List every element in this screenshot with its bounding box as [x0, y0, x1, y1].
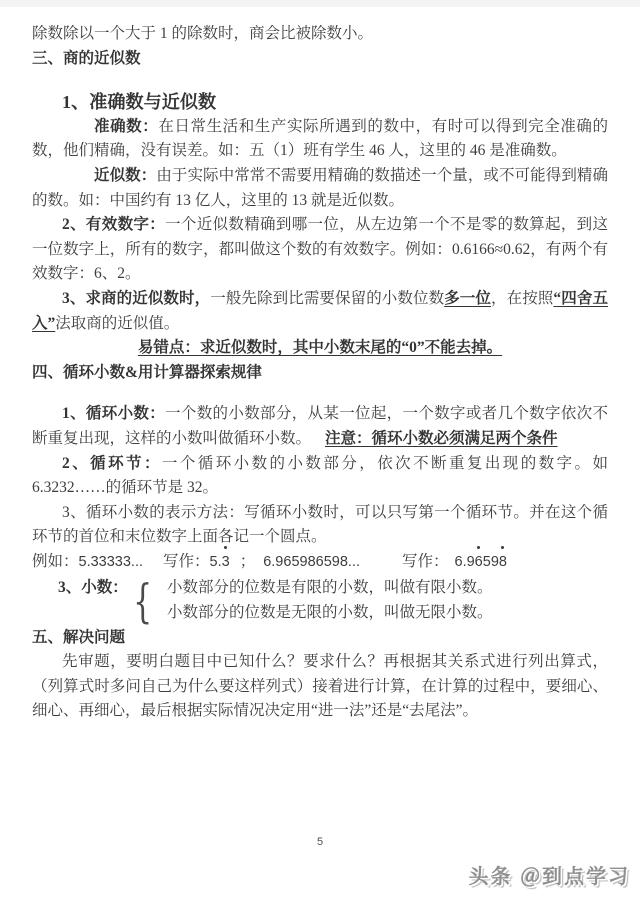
quotient-approx-item: 3、求商的近似数时，一般先除到比需要保留的小数位数多一位，在按照“四舍五入”法取…	[32, 287, 608, 336]
notation-lead: 3、循环小数的表示方法：	[62, 504, 244, 521]
document-page: 除数除以一个大于 1 的除数时，商会比被除数小。 三、商的近似数 1、准确数与近…	[0, 0, 640, 724]
decimal-classification-lead: 3、小数：	[58, 576, 128, 625]
underlined-phrase-one-more-digit: 多一位	[444, 290, 491, 307]
section3-title: 三、商的近似数	[32, 47, 608, 72]
notation-item: 3、循环小数的表示方法：写循环小数时，可以只写第一个循环节。并在这个循环节的首位…	[32, 501, 608, 550]
significant-digits-item: 2、有效数字：一个近似数精确到哪一位，从左边第一个不是零的数算起，到这一位数字上…	[32, 213, 608, 287]
problem-solving-text: 先审题，要明白题目中已知什么？要求什么？再根据其关系式进行列出算式，（列算式时多…	[32, 653, 608, 719]
infinite-decimal-case: 小数部分的位数是无限的小数，叫做无限小数。	[167, 601, 493, 626]
approx-number-lead: 近似数：	[94, 167, 156, 184]
example-separator: ；	[240, 553, 256, 570]
written1-prefix: 5.	[210, 554, 222, 570]
exact-number-definition: 准确数：在日常生活和生产实际所遇到的数中，有时可以得到完全准确的数，他们精确，没…	[32, 115, 608, 164]
repetend-lead: 2、循环节：	[62, 455, 162, 472]
toutiao-watermark: 头条 ＠到点学习	[468, 860, 630, 889]
brace-glyph: {	[133, 578, 152, 624]
example-label: 例如：	[32, 553, 79, 570]
example-plain-2: 6.965986598...	[263, 554, 360, 570]
approx-number-definition: 近似数：由于实际中常常不需要用精确的数描述一个量，或不可能得到精确的数。如：中国…	[32, 164, 608, 213]
problem-solving-paragraph: 先审题，要明白题目中已知什么？要求什么？再根据其关系式进行列出算式，（列算式时多…	[32, 650, 608, 724]
repeating-decimal-note: 注意：循环小数必须满足两个条件	[325, 430, 558, 447]
quotient-approx-seg2: ，在按照	[491, 290, 553, 307]
finite-decimal-case: 小数部分的位数是有限的小数，叫做有限小数。	[167, 576, 493, 601]
repeating-decimal-lead: 1、循环小数：	[62, 405, 165, 422]
repeating-decimal-item: 1、循环小数：一个数的小数部分，从某一位起，一个数字或者几个数字依次不断重复出现…	[32, 402, 608, 451]
section4-title: 四、循环小数&用计算器探索规律	[32, 361, 608, 386]
quotient-approx-seg3: 法取商的近似值。	[55, 315, 179, 332]
repetend-item: 2、循环节：一个循环小数的小数部分，依次不断重复出现的数字。如 6.3232………	[32, 452, 608, 501]
exact-number-lead: 准确数：	[94, 118, 158, 135]
write-as-label-1: 写作：	[163, 553, 210, 570]
written2-prefix: 6.9	[455, 554, 475, 570]
section3-sub1-title: 1、准确数与近似数	[32, 90, 608, 115]
decimal-classification-block: 3、小数： { 小数部分的位数是有限的小数，叫做有限小数。 小数部分的位数是无限…	[32, 576, 608, 625]
error-prone-note-text: 易错点：求近似数时，其中小数末尾的“0”不能去掉。	[138, 339, 502, 356]
intro-text: 除数除以一个大于 1 的除数时，商会比被除数小。	[32, 25, 373, 42]
section5-title: 五、解决问题	[32, 626, 608, 651]
quotient-approx-lead: 3、求商的近似数时，	[62, 290, 210, 307]
decimal-cases: 小数部分的位数是有限的小数，叫做有限小数。 小数部分的位数是无限的小数，叫做无限…	[167, 576, 493, 625]
error-prone-note: 易错点：求近似数时，其中小数末尾的“0”不能去掉。	[32, 336, 608, 361]
quotient-approx-seg1: 一般先除到比需要保留的小数位数	[210, 290, 444, 307]
write-as-label-2: 写作：	[402, 553, 449, 570]
example-written-2: 6.96598	[455, 554, 507, 570]
page-number: 5	[0, 836, 640, 848]
example-line: 例如：5.33333...写作：5.3；6.965986598...写作：6.9…	[32, 550, 608, 575]
example-plain-1: 5.33333...	[79, 554, 144, 570]
significant-digits-lead: 2、有效数字：	[62, 216, 165, 233]
written2-dotted-digit-last: 8	[499, 550, 507, 575]
written2-dotted-digit-first: 6	[475, 550, 483, 575]
written2-middle: 59	[483, 554, 499, 570]
example-written-1: 5.3	[210, 554, 230, 570]
written1-dotted-digit: 3	[222, 550, 230, 575]
intro-line: 除数除以一个大于 1 的除数时，商会比被除数小。	[32, 22, 608, 47]
